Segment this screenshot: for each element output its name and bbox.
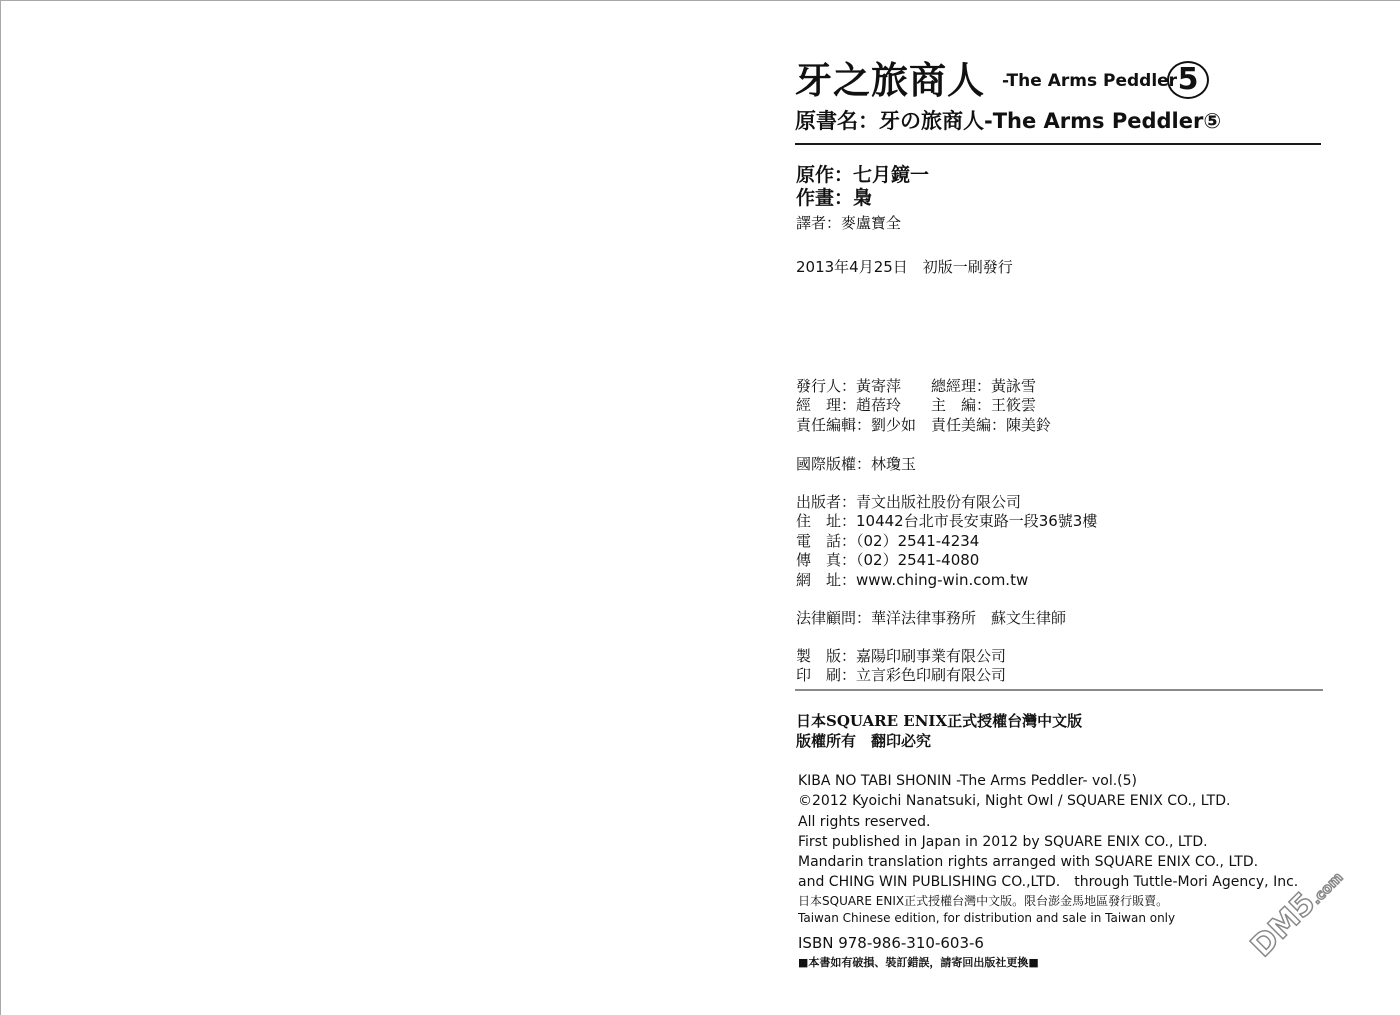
- staff-row: 經 理：趙蓓玲 主 編：王筱雲: [796, 396, 1196, 415]
- publisher-phone: 電 話：（02）2541-4234: [796, 532, 1097, 551]
- plate-making: 製 版：嘉陽印刷事業有限公司: [796, 647, 1006, 666]
- volume-number-badge: 5: [1167, 61, 1209, 99]
- publish-date: 2013年4月25日 初版一刷發行: [796, 258, 1013, 277]
- copyright-line: ©2012 Kyoichi Nanatsuki, Night Owl / SQU…: [798, 791, 1298, 811]
- distribution-line: 日本SQUARE ENIX正式授權台灣中文版。限台澎金馬地區發行販賣。: [798, 893, 1175, 910]
- distribution-line: Taiwan Chinese edition, for distribution…: [798, 910, 1175, 927]
- credit-translator: 譯者：麥盧寶全: [796, 214, 901, 233]
- production-info: 製 版：嘉陽印刷事業有限公司 印 刷：立言彩色印刷有限公司: [796, 647, 1006, 686]
- distribution-notice: 日本SQUARE ENIX正式授權台灣中文版。限台澎金馬地區發行販賣。 Taiw…: [798, 893, 1175, 927]
- divider-bottom: [795, 689, 1323, 691]
- staff-left: 發行人：黃寄萍: [796, 377, 901, 396]
- license-line: 日本SQUARE ENIX正式授權台灣中文版: [796, 711, 1082, 731]
- staff-right: 主 編：王筱雲: [931, 396, 1036, 415]
- copyright-line: KIBA NO TABI SHONIN -The Arms Peddler- v…: [798, 771, 1298, 791]
- copyright-line: First published in Japan in 2012 by SQUA…: [798, 832, 1298, 852]
- license-line: 版權所有 翻印必究: [796, 731, 1082, 751]
- return-notice: ■本書如有破損、裝訂錯誤，請寄回出版社更換■: [798, 956, 1039, 970]
- copyright-line: and CHING WIN PUBLISHING CO.,LTD. throug…: [798, 872, 1298, 892]
- isbn: ISBN 978-986-310-603-6: [798, 933, 984, 953]
- publisher-website: 網 址：www.ching-win.com.tw: [796, 571, 1097, 590]
- publisher-address: 住 址：10442台北市長安東路一段36號3樓: [796, 512, 1097, 531]
- legal-advisor: 法律顧問：華洋法律事務所 蘇文生律師: [796, 609, 1066, 628]
- watermark-suffix: .com: [1308, 870, 1346, 908]
- copyright-line: Mandarin translation rights arranged wit…: [798, 852, 1298, 872]
- publisher-name: 出版者：青文出版社股份有限公司: [796, 493, 1097, 512]
- original-title: 原書名：牙の旅商人-The Arms Peddler⑤: [795, 108, 1221, 134]
- credit-original-work: 原作：七月鏡一: [796, 164, 929, 186]
- rights-manager: 國際版權：林瓊玉: [796, 455, 916, 474]
- license-statement: 日本SQUARE ENIX正式授權台灣中文版 版權所有 翻印必究: [796, 711, 1082, 751]
- staff-right: 總經理：黃詠雪: [931, 377, 1036, 396]
- english-copyright: KIBA NO TABI SHONIN -The Arms Peddler- v…: [798, 771, 1298, 893]
- staff-left: 責任編輯：劉少如: [796, 416, 916, 435]
- printing: 印 刷：立言彩色印刷有限公司: [796, 666, 1006, 685]
- staff-right: 責任美編：陳美鈴: [931, 416, 1051, 435]
- staff-row: 發行人：黃寄萍 總經理：黃詠雪: [796, 377, 1196, 396]
- publisher-fax: 傳 真：（02）2541-4080: [796, 551, 1097, 570]
- publisher-info: 出版者：青文出版社股份有限公司 住 址：10442台北市長安東路一段36號3樓 …: [796, 493, 1097, 590]
- book-title-english: -The Arms Peddler: [1002, 70, 1177, 92]
- book-title-chinese: 牙之旅商人: [795, 59, 985, 103]
- staff-left: 經 理：趙蓓玲: [796, 396, 901, 415]
- staff-list: 發行人：黃寄萍 總經理：黃詠雪 經 理：趙蓓玲 主 編：王筱雲 責任編輯：劉少如…: [796, 377, 1196, 435]
- credit-art: 作畫：梟: [796, 187, 872, 209]
- staff-row: 責任編輯：劉少如 責任美編：陳美鈴: [796, 416, 1196, 435]
- divider-top: [795, 143, 1321, 145]
- colophon-page: 牙之旅商人 -The Arms Peddler 5 原書名：牙の旅商人-The …: [0, 0, 1400, 1015]
- copyright-line: All rights reserved.: [798, 812, 1298, 832]
